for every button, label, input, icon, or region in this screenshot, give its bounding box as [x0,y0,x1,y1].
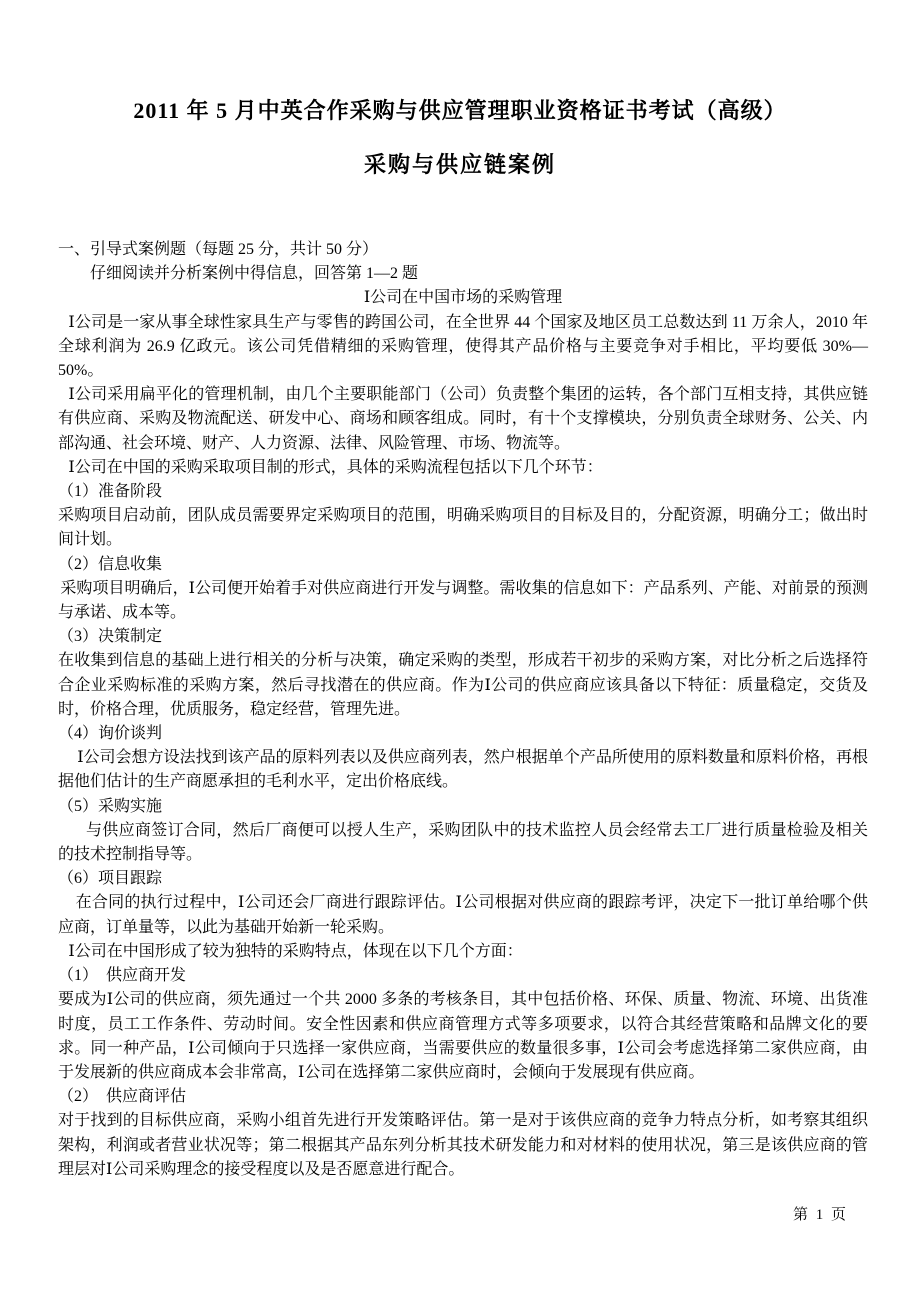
document-subtitle: 采购与供应链案例 [0,150,920,180]
instruction-line: 仔细阅读并分析案例中得信息，回答第 1—2 题 [58,262,868,286]
case-paragraph: 与供应商签订合同，然后厂商便可以授人生产，采购团队中的技术监控人员会经常去工厂进… [58,819,868,867]
case-paragraph: Ⅰ公司是一家从事全球性家具生产与零售的跨国公司，在全世界 44 个国家及地区员工… [58,311,868,384]
case-title: Ⅰ公司在中国市场的采购管理 [58,286,868,310]
feature-heading: （2） 供应商评估 [58,1085,868,1109]
flow-step-heading: （2）信息收集 [58,553,868,577]
document-body: 一、引导式案例题（每题 25 分，共计 50 分） 仔细阅读并分析案例中得信息，… [0,238,920,1182]
case-paragraph: 在合同的执行过程中，Ⅰ公司还会厂商进行跟踪评估。Ⅰ公司根据对供应商的跟踪考评，决… [58,891,868,939]
case-paragraph: 对于找到的目标供应商，采购小组首先进行开发策略评估。第一是对于该供应商的竞争力特… [58,1109,868,1182]
case-paragraph: Ⅰ公司在中国形成了较为独特的采购特点，体现在以下几个方面： [58,940,868,964]
flow-step-heading: （4）询价谈判 [58,722,868,746]
page-number: 第 1 页 [793,1203,848,1224]
flow-step-heading: （1）准备阶段 [58,480,868,504]
case-paragraph: 采购项目启动前，团队成员需要界定采购项目的范围，明确采购项目的目标及目的，分配资… [58,504,868,552]
flow-step-heading: （5）采购实施 [58,795,868,819]
document-page: 2011 年 5 月中英合作采购与供应管理职业资格证书考试（高级） 采购与供应链… [0,0,920,1302]
case-paragraph: 在收集到信息的基础上进行相关的分析与决策，确定采购的类型，形成若干初步的采购方案… [58,649,868,722]
feature-heading: （1） 供应商开发 [58,964,868,988]
flow-step-heading: （3）决策制定 [58,625,868,649]
document-title: 2011 年 5 月中英合作采购与供应管理职业资格证书考试（高级） [0,96,920,126]
case-paragraph: 采购项目明确后，Ⅰ公司便开始着手对供应商进行开发与调整。需收集的信息如下：产品系… [58,577,868,625]
case-paragraph: 要成为Ⅰ公司的供应商，须先通过一个共 2000 多条的考核条目，其中包括价格、环… [58,988,868,1085]
flow-step-heading: （6）项目跟踪 [58,867,868,891]
case-paragraph: Ⅰ公司采用扁平化的管理机制，由几个主要职能部门（公司）负责整个集团的运转，各个部… [58,383,868,456]
case-paragraph: Ⅰ公司在中国的采购采取项目制的形式，具体的采购流程包括以下几个环节： [58,456,868,480]
case-paragraph: Ⅰ公司会想方设法找到该产品的原料列表以及供应商列表，然户根据单个产品所使用的原料… [58,746,868,794]
section-heading: 一、引导式案例题（每题 25 分，共计 50 分） [58,238,868,262]
